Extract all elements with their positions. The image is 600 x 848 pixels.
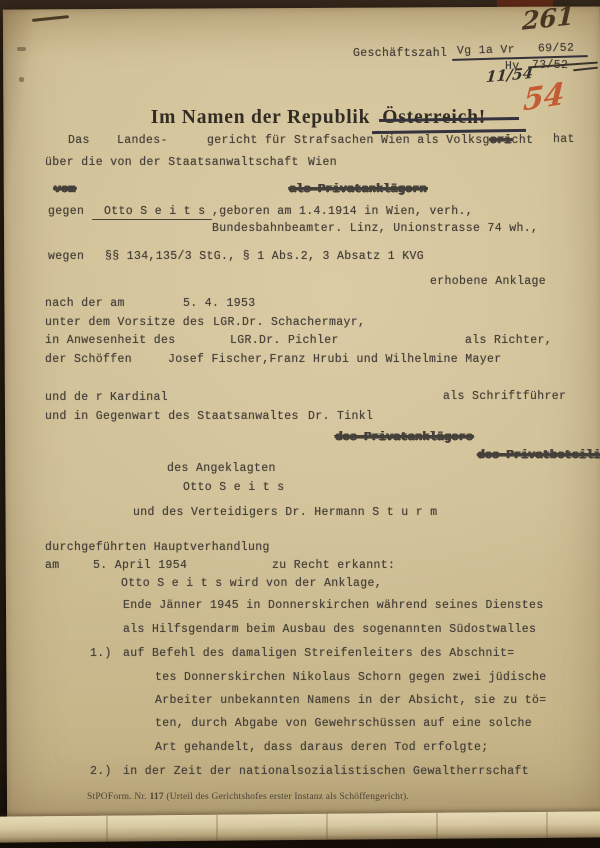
als-schriftfuehrer-label: als Schriftführer	[443, 390, 566, 403]
am-label: am	[45, 559, 60, 572]
charge-number: 1.)	[90, 647, 112, 660]
defendant-details2: Bundesbahnbeamter. Linz, Unionstrasse 74…	[212, 222, 538, 235]
struck-privatanklaegern: als Privatanklägern	[289, 183, 427, 196]
prosecution-city: Wien	[308, 156, 337, 169]
zu-recht-erkannt: zu Recht erkannt:	[272, 559, 395, 572]
charge-line: Art gehandelt, dass daraus deren Tod erf…	[155, 741, 489, 754]
court-overtype: eri	[490, 134, 512, 147]
angeklagter-name: Otto S e i t s	[183, 481, 285, 494]
case-number-prefix: Vg 1a Vr	[457, 43, 515, 57]
als-richter-label: als Richter,	[465, 334, 552, 347]
angeklagter-label: des Angeklagten	[167, 462, 276, 475]
typed-landes: Landes-	[117, 134, 168, 147]
ink-speck	[17, 47, 26, 51]
nach-der-am-label: nach der am	[45, 297, 125, 310]
schriftfuehrer-name: Kardinal	[110, 391, 168, 404]
gegen-label: gegen	[48, 205, 84, 218]
verteidiger-line: und des Verteidigers Dr. Hermann S t u r…	[133, 506, 438, 519]
defendant-details: ,geboren am 1.4.1914 in Wien, verh.,	[212, 205, 473, 218]
charge-line: tes Donnerskirchen Nikolaus Schorn gegen…	[155, 671, 547, 684]
footer-post: (Urteil des Gerichtshofes erster Instanz…	[164, 792, 409, 802]
wegen-label: wegen	[48, 250, 84, 263]
charge-line: in der Zeit der nationalsozialistischen …	[123, 765, 529, 778]
struck-vom: vom	[54, 183, 76, 196]
charge-line: als Hilfsgendarm beim Ausbau des sogenan…	[123, 623, 536, 636]
ink-speck	[19, 77, 24, 82]
court-pre: gericht für Strafsachen Wien als Volksg	[207, 134, 490, 147]
court-line: gericht für Strafsachen Wien als Volksge…	[207, 134, 533, 147]
verdict-date: 5. April 1954	[93, 559, 187, 572]
orange-number-handwritten: 54	[522, 76, 565, 118]
scanned-court-document: 261 Geschäftszahl Vg 1a Vr 69/52 Hv 73/5…	[0, 0, 600, 848]
title-struck-word: Österreich!	[382, 107, 486, 129]
charge-number: 2.)	[90, 765, 112, 778]
charge-line: ten, durch Abgabe von Gewehrschüssen auf…	[155, 717, 532, 730]
schoeffen-label: der Schöffen	[45, 353, 132, 366]
verdict-intro: Otto S e i t s wird von der Anklage,	[121, 577, 382, 590]
court-post: cht	[512, 134, 534, 147]
form-footer: StPOForm. Nr. 117 (Urteil des Gerichtsho…	[87, 792, 409, 802]
struck-privatbeteiligter: des Privatbeteiligten	[478, 449, 600, 462]
und-de-r-form: und de r	[45, 391, 103, 404]
title-main: Im Namen der Republik	[151, 107, 371, 128]
hauptverhandlung-label: durchgeführten Hauptverhandlung	[45, 541, 270, 554]
case-number-value: 69/52	[538, 42, 575, 56]
charge-line: Ende Jänner 1945 in Donnerskirchen währe…	[123, 599, 544, 612]
erhobene-anklage: erhobene Anklage	[430, 275, 546, 288]
form-das: Das	[68, 134, 90, 147]
anwesenheit-label: in Anwesenheit des	[45, 334, 176, 347]
charges-cited: §§ 134,135/3 StG., § 1 Abs.2, 3 Absatz 1…	[105, 250, 424, 263]
vorsitz-label: unter dem Vorsitze des	[45, 316, 205, 329]
prosecution-form: über die von der Staatsanwaltschaft	[45, 156, 299, 169]
case-number-label: Geschäftszahl	[353, 47, 447, 60]
charge-line: auf Befehl des damaligen Streifenleiters…	[123, 647, 515, 660]
staatsanwalt-name: Dr. Tinkl	[308, 410, 373, 423]
page-number-handwritten: 261	[522, 1, 575, 36]
struck-privatanklaeger: des Privatanklägers	[335, 431, 473, 444]
richter-name: LGR.Dr. Pichler	[230, 334, 339, 347]
indictment-date: 5. 4. 1953	[183, 297, 256, 310]
form-hat: hat	[553, 133, 575, 146]
footer-form-number: 117	[149, 792, 163, 802]
underlying-sheet-edge	[0, 811, 600, 842]
charge-line: Arbeiter unbekannten Namens in der Absic…	[155, 694, 547, 707]
gegenwart-label: und in Gegenwart des Staatsanwaltes	[45, 410, 299, 423]
footer-pre: StPOForm. Nr.	[87, 792, 149, 802]
schoeffen-names: Josef Fischer,Franz Hrubi und Wilhelmine…	[168, 353, 502, 366]
defendant-name: Otto S e i t s	[104, 205, 206, 218]
vorsitz-name: LGR.Dr. Schachermayr,	[213, 316, 365, 329]
